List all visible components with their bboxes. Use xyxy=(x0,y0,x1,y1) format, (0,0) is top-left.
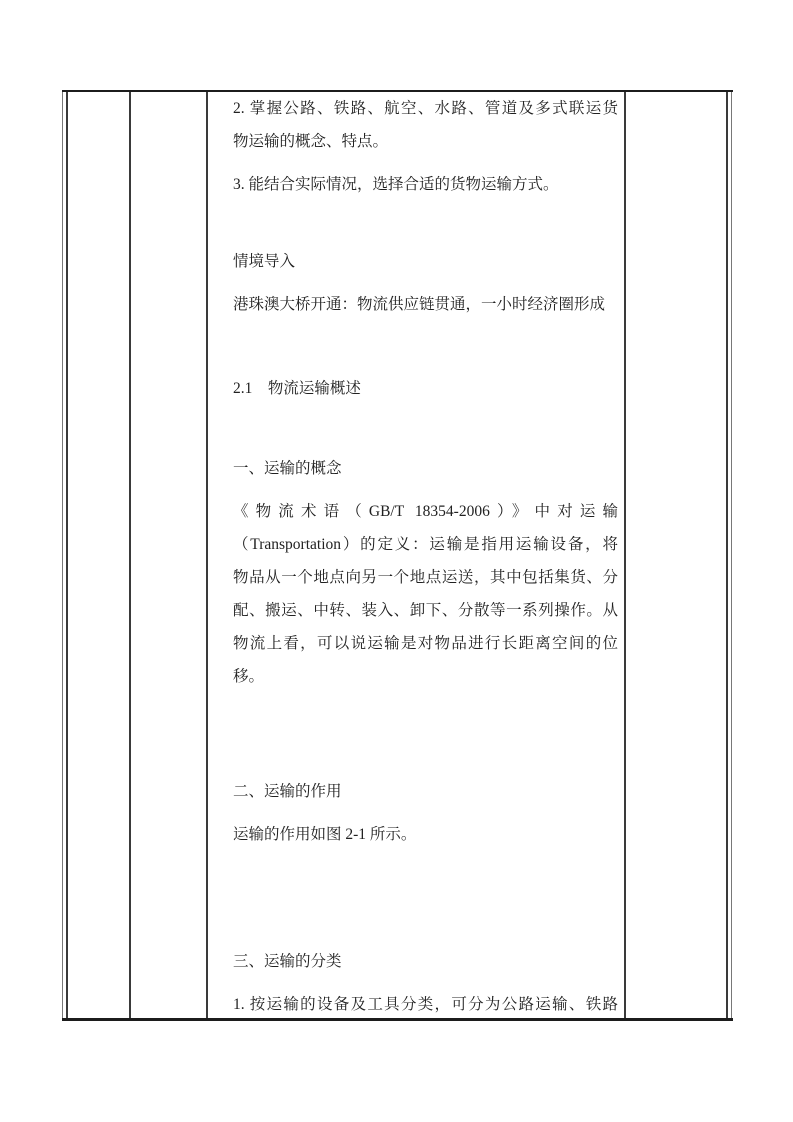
situation-intro-heading: 情境导入 xyxy=(233,245,618,278)
table-cell-empty-left-2 xyxy=(131,92,206,1018)
table-grid-line-vertical-4 xyxy=(624,91,626,1021)
classification-item-1: 1. 按运输的设备及工具分类，可分为公路运输、铁路 xyxy=(233,988,618,1021)
learning-objective-3: 3. 能结合实际情况，选择合适的货物运输方式。 xyxy=(233,168,618,201)
transport-definition-line-6: 移。 xyxy=(233,660,618,693)
transport-definition-line-5: 物流上看，可以说运输是对物品进行长距离空间的位 xyxy=(233,627,618,660)
transport-definition-line-2: （Transportation）的定义：运输是指用运输设备，将 xyxy=(233,528,618,561)
subsection-heading-transport-classification: 三、运输的分类 xyxy=(233,945,618,978)
transport-definition-line-4: 配、搬运、中转、装入、卸下、分散等一系列操作。从 xyxy=(233,594,618,627)
transport-definition-line-3: 物品从一个地点向另一个地点运送，其中包括集货、分 xyxy=(233,561,618,594)
section-heading-2-1: 2.1 物流运输概述 xyxy=(233,372,618,405)
table-cell-empty-right xyxy=(628,92,726,1018)
subsection-heading-transport-role: 二、运输的作用 xyxy=(233,775,618,808)
learning-objective-2-line-2: 物运输的概念、特点。 xyxy=(233,125,618,158)
learning-objective-2-line-1: 2. 掌握公路、铁路、航空、水路、管道及多式联运货 xyxy=(233,92,618,125)
subsection-heading-transport-concept: 一、运输的概念 xyxy=(233,452,618,485)
transport-role-text: 运输的作用如图 2-1 所示。 xyxy=(233,818,618,851)
content-text-column: 2. 掌握公路、铁路、航空、水路、管道及多式联运货 物运输的概念、特点。 3. … xyxy=(233,0,618,1122)
table-cell-empty-left-1 xyxy=(68,92,129,1018)
situation-intro-text: 港珠澳大桥开通：物流供应链贯通，一小时经济圈形成 xyxy=(233,288,618,321)
document-page: 2. 掌握公路、铁路、航空、水路、管道及多式联运货 物运输的概念、特点。 3. … xyxy=(0,0,793,1122)
table-outer-border-right xyxy=(731,91,732,1021)
transport-definition-line-1: 《物流术语（GB/T 18354-2006）》中对运输 xyxy=(233,495,618,528)
table-grid-line-vertical-5 xyxy=(726,91,728,1021)
table-outer-border-left xyxy=(62,91,63,1021)
